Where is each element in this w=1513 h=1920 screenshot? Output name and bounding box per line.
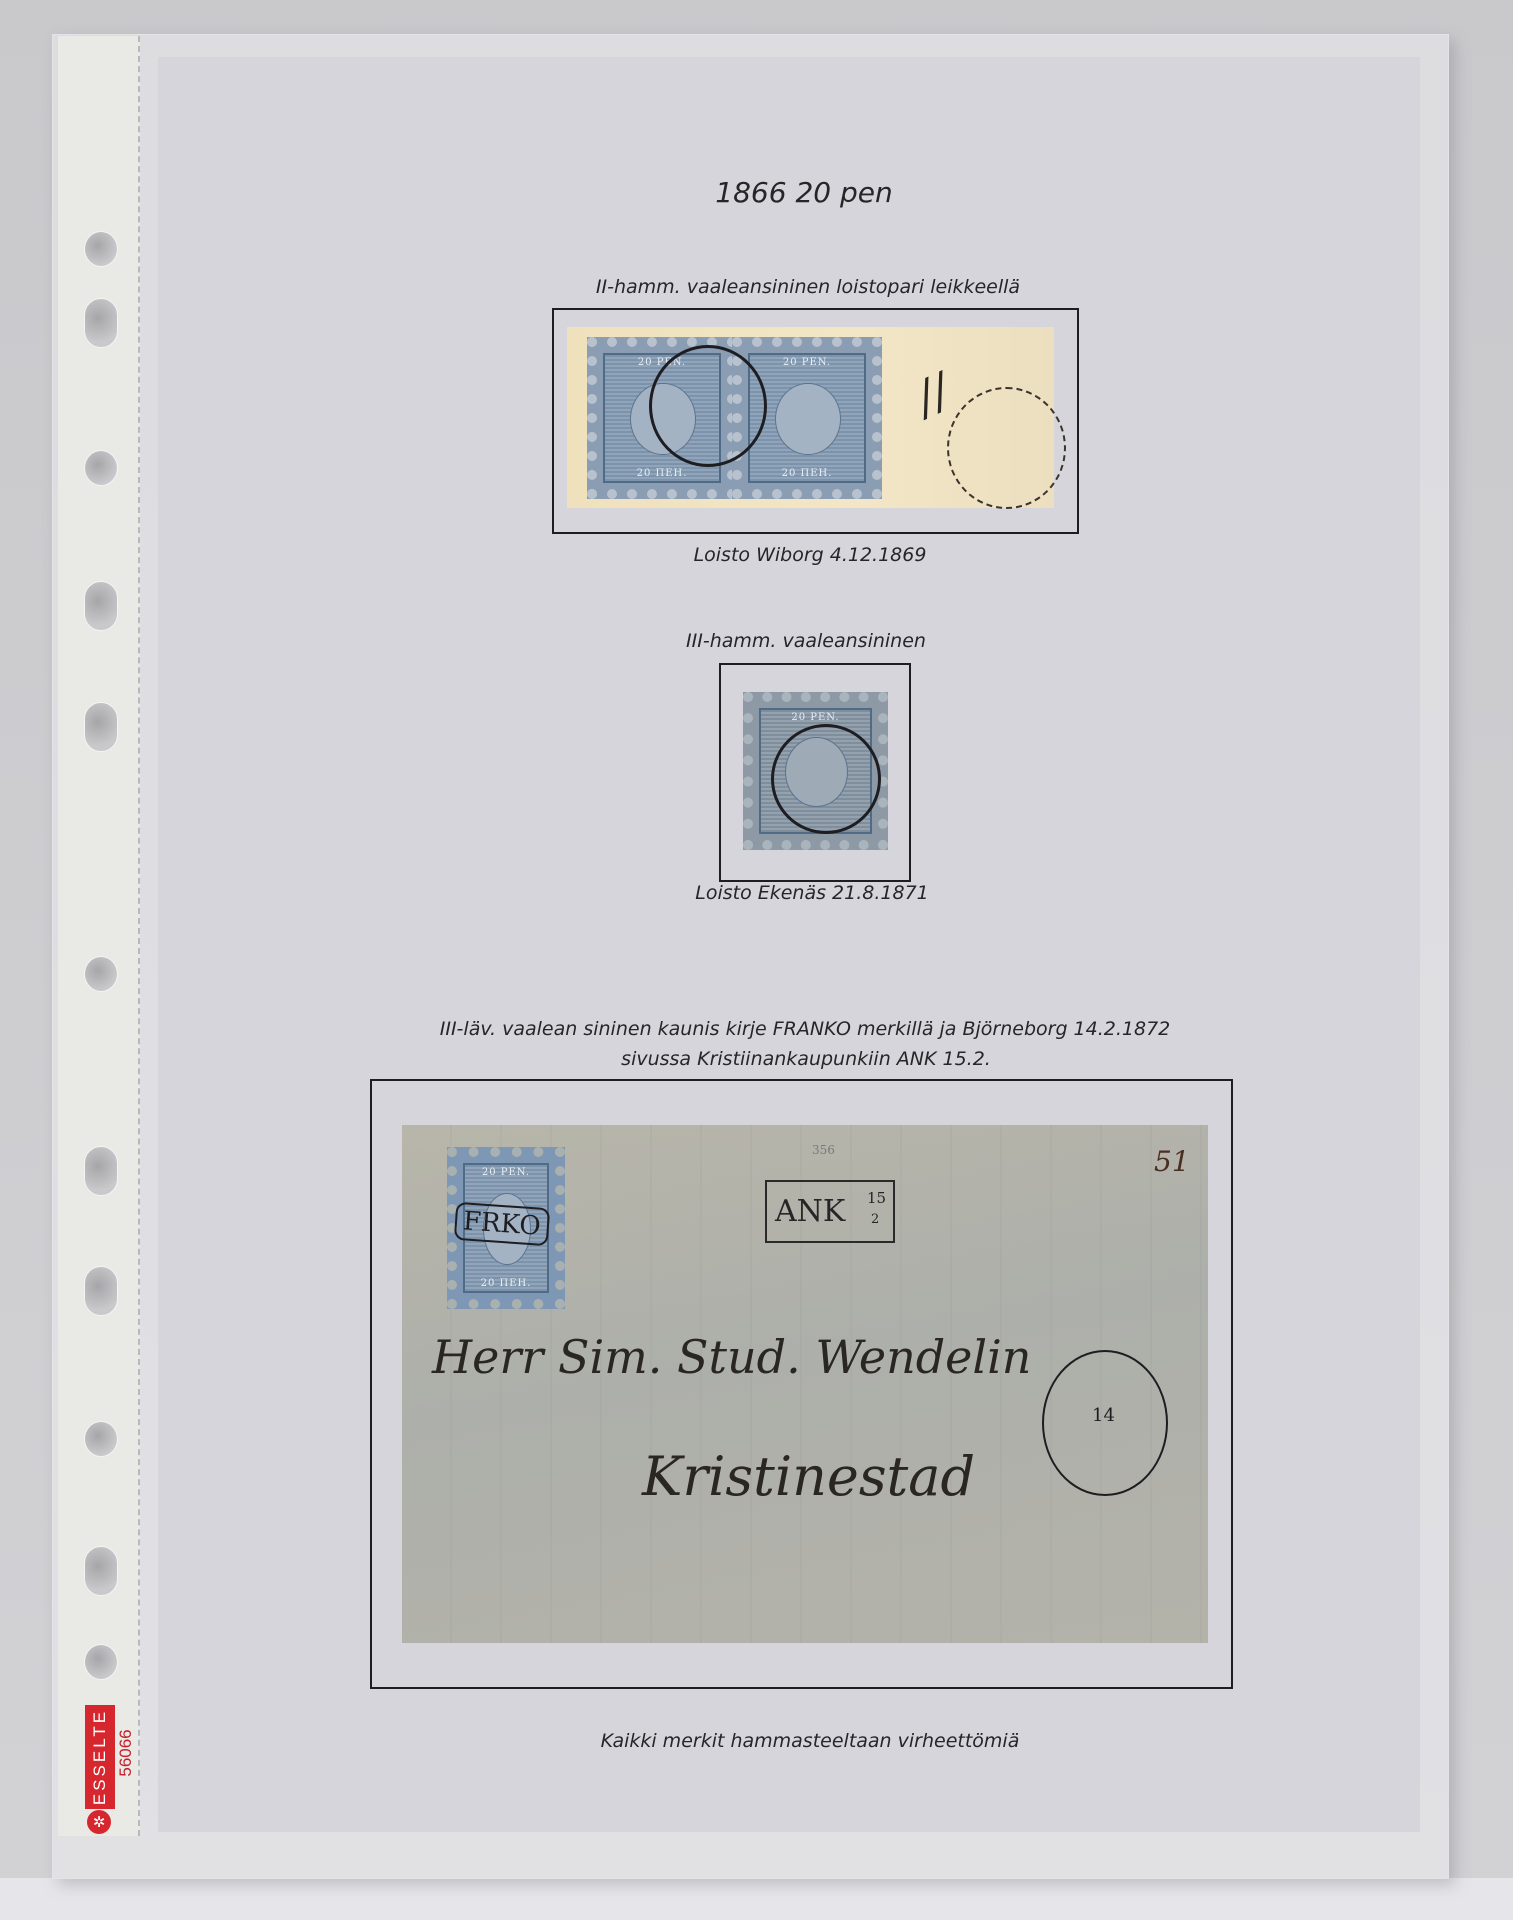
- wiborg-postmark-on-piece: [947, 387, 1066, 509]
- footer-note: Kaikki merkit hammasteeltaan virheettömi…: [601, 1730, 1020, 1752]
- background-table: [0, 1878, 1513, 1920]
- address-line2: Kristinestad: [642, 1445, 975, 1508]
- item2-caption: Loisto Ekenäs 21.8.1871: [695, 882, 929, 904]
- bjorneborg-day: 14: [1092, 1405, 1115, 1426]
- item2-stamp: 20 PEN.: [743, 692, 888, 850]
- punch-hole: [84, 1644, 118, 1680]
- item3-letter: 20 PEN. 20 ПЕН. FRKO 356 51 ANK 15 2 Her…: [402, 1125, 1208, 1643]
- punch-hole: [84, 1146, 118, 1196]
- item1-cover-piece: 20 PEN. 20 ПЕН. 20 PEN. 20 ПЕН. //: [567, 327, 1054, 508]
- page-title: 1866 20 pen: [715, 176, 892, 209]
- item3-heading-line1: III-läv. vaalean sininen kaunis kirje FR…: [440, 1018, 1171, 1040]
- punch-hole: [84, 1421, 118, 1457]
- item2-heading: III-hamm. vaaleansininen: [686, 630, 926, 652]
- address-line1: Herr Sim. Stud. Wendelin: [432, 1330, 1031, 1384]
- punch-hole: [84, 298, 118, 348]
- ank-month: 2: [871, 1190, 879, 1250]
- ank-text: ANK: [775, 1194, 845, 1229]
- binder-strip: [58, 36, 140, 1836]
- punch-hole: [84, 450, 118, 486]
- ekenas-postmark: [771, 724, 881, 834]
- manuscript-cancel: //: [907, 363, 958, 425]
- punch-hole: [84, 956, 118, 992]
- item3-heading-line2: sivussa Kristiinankaupunkiin ANK 15.2.: [621, 1048, 991, 1070]
- punch-hole: [84, 702, 118, 752]
- item1-caption: Loisto Wiborg 4.12.1869: [694, 544, 927, 566]
- pencil-note: 356: [812, 1143, 835, 1157]
- esselte-logo-icon: ✲: [87, 1810, 111, 1834]
- corner-note: 51: [1154, 1145, 1190, 1178]
- punch-hole: [84, 581, 118, 631]
- punch-hole: [84, 1266, 118, 1316]
- punch-hole: [84, 1546, 118, 1596]
- ank-arrival-mark: ANK 15 2: [765, 1180, 895, 1243]
- esselte-brand: ESSELTE: [90, 1709, 110, 1805]
- wiborg-postmark-on-stamp: [649, 345, 767, 467]
- esselte-product-number: 56066: [116, 1729, 136, 1776]
- item1-heading: II-hamm. vaaleansininen loistopari leikk…: [596, 276, 1020, 298]
- punch-hole: [84, 231, 118, 267]
- franko-mark: FRKO: [454, 1202, 550, 1246]
